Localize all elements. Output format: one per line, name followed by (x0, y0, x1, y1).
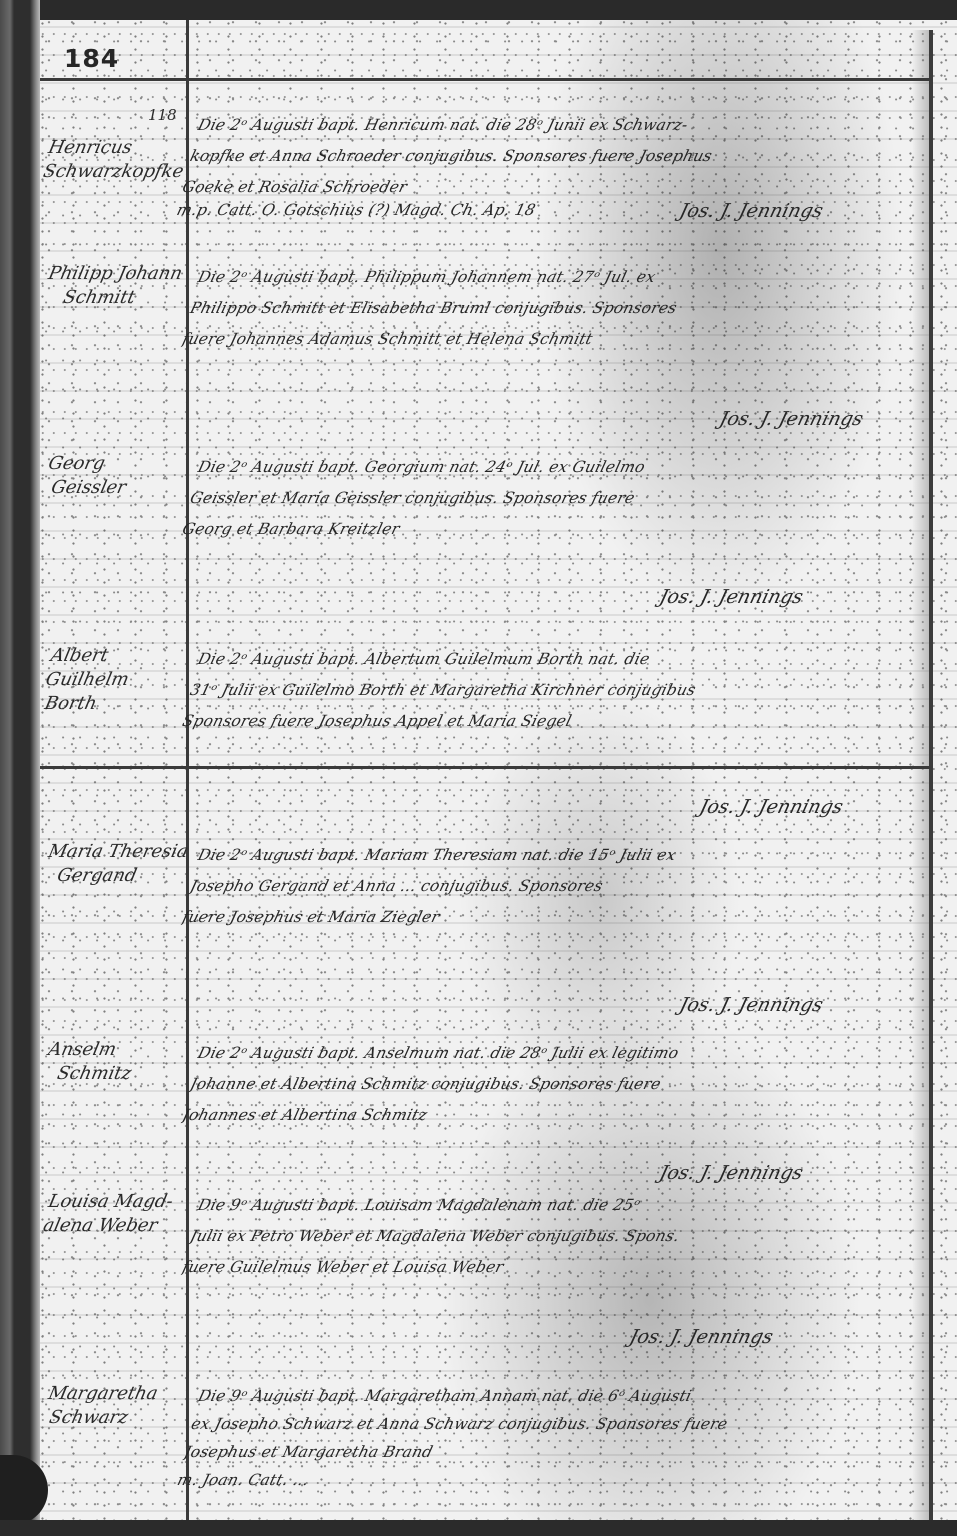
entry-margin-name: Louisa Magd- alena Weber (41, 1190, 191, 1238)
priest-signature: Jos. J. Jennings (657, 1162, 922, 1184)
priest-signature: Jos. J. Jennings (677, 994, 942, 1016)
name-line: Borth (38, 692, 183, 716)
name-line: Schwarz (41, 1406, 186, 1430)
text-line: Julii ex Petro Weber et Magdalena Weber … (187, 1221, 915, 1252)
name-line: Margaretha (46, 1382, 191, 1406)
text-line: Josepho Gergand et Anna ... conjugibus. … (187, 871, 915, 902)
right-margin-shadow (912, 30, 930, 1520)
entry-text: Die 2ᵒ Augusti bapt. Albertum Guilelmum … (179, 644, 922, 737)
text-line: Die 2ᵒ Augusti bapt. Philippum Johannem … (194, 262, 922, 293)
text-line: fuere Johannes Adamus Schmitt et Helena … (179, 324, 907, 355)
entry-text: Die 9ᵒ Augusti bapt. Margaretham Annam n… (174, 1382, 922, 1494)
text-line: fuere Josephus et Maria Ziegler (179, 902, 907, 933)
name-line: Georg (46, 452, 191, 476)
entry-margin-name: Anselm Schmitz (41, 1038, 191, 1086)
name-line: Henricus (46, 136, 191, 160)
priest-signature: Jos. J. Jennings (627, 1326, 892, 1348)
text-line: Die 2ᵒ Augusti bapt. Anselmum nat. die 2… (194, 1038, 922, 1069)
right-margin-rule (929, 30, 933, 1520)
text-line: Die 9ᵒ Augusti bapt. Margaretham Annam n… (195, 1382, 922, 1410)
text-line: Geissler et Maria Geissler conjugibus. S… (187, 483, 915, 514)
name-line: Geissler (41, 476, 186, 500)
entry-margin-name: Georg Geissler (41, 452, 191, 500)
text-line: Die 2ᵒ Augusti bapt. Mariam Theresiam na… (194, 840, 922, 871)
text-line: Die 9ᵒ Augusti bapt. Louisam Magdalenam … (194, 1190, 922, 1221)
name-line: Maria Theresia (46, 840, 191, 864)
name-line: Louisa Magd- (46, 1190, 191, 1214)
text-line: Die 2ᵒ Augusti bapt. Albertum Guilelmum … (194, 644, 922, 675)
entry-margin-name: Albert Guilhelm Borth (38, 644, 193, 716)
text-line: Johanne et Albertina Schmitz conjugibus.… (187, 1069, 915, 1100)
mid-page-rule (40, 766, 932, 769)
text-line: m. Joan. Catt. ... (174, 1466, 901, 1494)
register-page: 184 118 Henricus Schwarzkopfke Die 2ᵒ Au… (0, 0, 957, 1536)
text-line: Die 2ᵒ Augusti bapt. Henricum nat. die 2… (194, 110, 922, 141)
name-line: Schwarzkopfke (41, 160, 186, 184)
text-line: kopfke et Anna Schroeder conjugibus. Spo… (187, 141, 915, 172)
bottom-scan-border (0, 1520, 957, 1536)
text-line: fuere Guilelmus Weber et Louisa Weber (179, 1252, 907, 1283)
priest-signature: Jos. J. Jennings (717, 408, 957, 430)
text-line: Sponsores fuere Josephus Appel et Maria … (179, 706, 907, 737)
name-line: Schmitz (41, 1062, 186, 1086)
page-number: 184 (64, 44, 119, 73)
text-line: Georg et Barbara Kreitzler (179, 514, 907, 545)
text-line: 31ᵒ Julii ex Guilelmo Borth et Margareth… (187, 675, 915, 706)
entry-margin-name: Henricus Schwarzkopfke (41, 136, 191, 184)
name-line: alena Weber (41, 1214, 186, 1238)
entry-text: Die 2ᵒ Augusti bapt. Georgium nat. 24ᵒ J… (179, 452, 922, 545)
priest-signature: Jos. J. Jennings (697, 796, 957, 818)
name-line: Albert Guilhelm (43, 644, 193, 692)
name-line: Schmitt (41, 286, 186, 310)
text-line: Philippo Schmitt et Elisabetha Bruml con… (187, 293, 915, 324)
entry-text: Die 2ᵒ Augusti bapt. Mariam Theresiam na… (179, 840, 922, 933)
entry-margin-name: Margaretha Schwarz (41, 1382, 191, 1430)
entry-text: Die 9ᵒ Augusti bapt. Louisam Magdalenam … (179, 1190, 922, 1283)
entry-text: Die 2ᵒ Augusti bapt. Anselmum nat. die 2… (179, 1038, 922, 1131)
priest-signature: Jos. J. Jennings (657, 586, 922, 608)
entry-margin-name: Maria Theresia Gergand (41, 840, 191, 888)
ink-blot (0, 1455, 48, 1525)
top-scan-border (0, 0, 957, 20)
name-line: Gergand (41, 864, 186, 888)
entry-number: 118 (148, 106, 177, 124)
entry-margin-name: Philipp Johann Schmitt (41, 262, 191, 310)
left-binding-edge (0, 0, 40, 1536)
name-line: Anselm (46, 1038, 191, 1062)
text-line: Josephus et Margaretha Brand (181, 1438, 908, 1466)
text-line: ex Josepho Schwarz et Anna Schwarz conju… (188, 1410, 915, 1438)
header-rule (40, 78, 932, 81)
text-line: Johannes et Albertina Schmitz (179, 1100, 907, 1131)
entry-text: Die 2ᵒ Augusti bapt. Philippum Johannem … (179, 262, 922, 355)
name-line: Philipp Johann (46, 262, 191, 286)
name-column-rule (186, 20, 189, 1520)
priest-signature: Jos. J. Jennings (677, 200, 942, 222)
text-line: Die 2ᵒ Augusti bapt. Georgium nat. 24ᵒ J… (194, 452, 922, 483)
